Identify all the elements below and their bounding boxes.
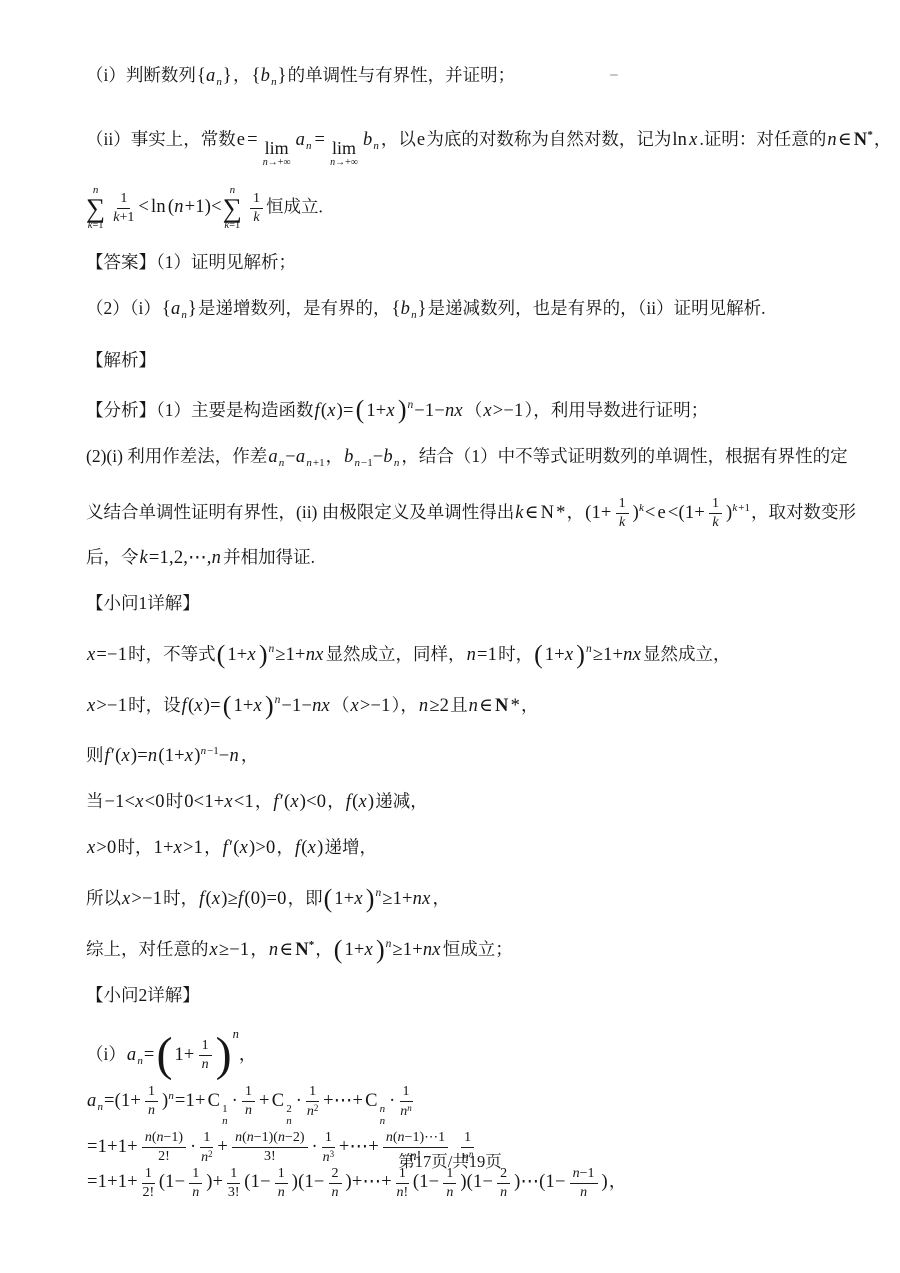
- math-run: an=: [127, 1045, 155, 1065]
- text-run: 并相加得证.: [223, 547, 315, 567]
- math-run: k∈: [515, 503, 538, 523]
- math-run: <(1+: [668, 503, 705, 523]
- text-run: ，: [276, 837, 294, 857]
- text-run: ，: [326, 446, 344, 466]
- text-run: 且: [450, 695, 468, 715]
- math-run: {bn}: [252, 66, 287, 86]
- math-run: f(x)=: [182, 696, 221, 716]
- math-run: an: [296, 130, 313, 150]
- doc-line-3: n∑k=11k+1<ln(n+1)<n∑k=11k恒成立.: [86, 185, 861, 232]
- text-run: 显然成立，同样，: [326, 644, 466, 664]
- math-run: (n+1)<: [168, 197, 222, 217]
- text-run: 恒成立；: [443, 939, 513, 959]
- math-run: −1−nx: [281, 696, 331, 716]
- math-run: an=(1+: [87, 1091, 141, 1111]
- text-run: ，: [204, 837, 222, 857]
- math-bold: N*: [854, 130, 873, 150]
- math-roman: ln: [672, 130, 687, 150]
- text-run: ，取对数变形: [751, 502, 856, 522]
- math-run: 1+x: [227, 645, 257, 665]
- math-run: f(x)≥f(0)=0: [199, 889, 286, 909]
- math-run: (1−: [159, 1172, 185, 1192]
- text-run: 所以: [86, 888, 121, 908]
- fraction: 1k+1: [113, 191, 134, 225]
- text-run: ，: [315, 939, 333, 959]
- math-run: ·: [232, 1091, 238, 1111]
- doc-line-13: x>−1时，设f(x)=(1+x)n−1−nx（x>−1），n≥2且n∈N*，: [86, 685, 861, 721]
- doc-line-19: 【小问2详解】: [86, 980, 861, 1010]
- text-run: ，: [327, 791, 345, 811]
- math-run: x>−1: [87, 696, 127, 716]
- math-run: f(x)=: [315, 401, 354, 421]
- math-run: f′(x)>0: [223, 838, 276, 858]
- text-run: 【解析】: [86, 350, 156, 370]
- text-run: ，即: [288, 888, 323, 908]
- text-run: 则: [86, 745, 104, 765]
- summation: n∑k=1: [86, 185, 105, 232]
- doc-line-2: （ii）事实上，常数e=limn→+∞an=limn→+∞bn，以e为底的对数称…: [86, 120, 861, 168]
- fraction: 1nn: [400, 1084, 413, 1119]
- math-run: ·: [389, 1091, 395, 1111]
- text-run: 【小问2详解】: [86, 985, 200, 1005]
- math-run: 1+x: [233, 696, 263, 716]
- doc-line-21: an=(1+1n)n=1+C1n·1n+C2n·1n2+⋯+Cnn·1nn: [86, 1081, 861, 1127]
- math-run: x: [689, 130, 698, 150]
- doc-line-7: 【分析】（1）主要是构造函数f(x)=(1+x)n−1−nx（x>−1），利用导…: [86, 390, 861, 426]
- math-run: x>−1: [483, 401, 523, 421]
- math-run: n∈: [469, 696, 493, 716]
- math-run: *: [556, 503, 565, 523]
- text-run: 义结合单调性证明有界性，(ii) 由极限定义及单调性得出: [86, 502, 514, 522]
- doc-line-18: 综上，对任意的x≥−1，n∈N*，(1+x)n≥1+nx恒成立；: [86, 929, 861, 965]
- math-run: f(x): [346, 792, 375, 812]
- math-run: 1+: [174, 1045, 194, 1065]
- math-roman: e: [657, 503, 665, 523]
- math-run: −1<x<0: [105, 792, 165, 812]
- math-roman: C: [208, 1091, 221, 1111]
- text-run: ，: [609, 1171, 627, 1191]
- text-run: 【小问1详解】: [86, 593, 200, 613]
- fraction: 1n2: [306, 1084, 319, 1119]
- doc-line-8: (2)(i) 利用作差法，作差an−an+1，bn−1−bn，结合（1）中不等式…: [86, 441, 861, 478]
- math-roman: C: [272, 1091, 285, 1111]
- limit: limn→+∞: [263, 141, 291, 168]
- text-run: 是递减数列，也是有界的，（ii）证明见解析.: [428, 298, 766, 318]
- text-run: ，: [241, 745, 259, 765]
- doc-line-12: x=−1时，不等式(1+x)n≥1+nx显然成立，同样，n=1时，(1+x)n≥…: [86, 634, 861, 670]
- math-run: 1+x: [334, 889, 364, 909]
- text-run: 综上，对任意的: [86, 939, 209, 959]
- text-run: ，: [250, 939, 268, 959]
- exponent: n: [233, 1027, 239, 1041]
- doc-line-6: 【解析】: [86, 345, 861, 375]
- binomial-scripts: 2n: [286, 1103, 292, 1127]
- binomial-scripts: nn: [380, 1103, 386, 1127]
- text-run: ，结合（1）中不等式证明数列的单调性，根据有界性的定: [401, 446, 847, 466]
- doc-line-17: 所以x>−1时，f(x)≥f(0)=0，即(1+x)n≥1+nx，: [86, 878, 861, 914]
- math-run: 0<1+x<1: [184, 792, 254, 812]
- math-run: n∈: [827, 130, 851, 150]
- text-run: (2)(i) 利用作差法，作差: [86, 446, 267, 466]
- exponent: n: [275, 694, 281, 706]
- math-run: {an}: [162, 299, 197, 319]
- math-run: n≥2: [419, 696, 449, 716]
- text-run: 时，设: [128, 695, 181, 715]
- math-run: {an}: [197, 66, 232, 86]
- math-run: ≥1+nx: [382, 889, 431, 909]
- math-run: <: [138, 197, 149, 217]
- text-run: ，: [874, 129, 892, 149]
- math-run: )k+1: [726, 503, 750, 523]
- doc-line-1: （i）判断数列{an}，{bn}的单调性与有界性，并证明；: [86, 60, 861, 97]
- math-run: an−an+1: [268, 447, 324, 467]
- binomial-scripts: 1n: [222, 1103, 228, 1127]
- text-run: 【答案】（1）证明见解析；: [86, 252, 296, 272]
- text-run: ，: [255, 791, 273, 811]
- text-run: 显然成立，: [643, 644, 731, 664]
- math-roman: ln: [151, 197, 166, 217]
- text-run: （i）: [86, 1044, 126, 1064]
- math-run: bn: [363, 130, 380, 150]
- math-run: −1−nx: [414, 401, 464, 421]
- math-run: {bn}: [392, 299, 427, 319]
- text-run: ），: [392, 695, 418, 715]
- document-page: （i）判断数列{an}，{bn}的单调性与有界性，并证明；（ii）事实上，常数e…: [0, 0, 900, 1273]
- text-run: 时，: [163, 888, 198, 908]
- text-run: 是递增数列，是有界的，: [198, 298, 391, 318]
- exponent: n: [386, 938, 392, 950]
- math-run: 1+x: [366, 401, 396, 421]
- math-run: +: [259, 1091, 270, 1111]
- math-roman: N: [541, 503, 555, 523]
- text-run: （i）判断数列: [86, 65, 196, 85]
- math-bold: N*: [295, 940, 314, 960]
- doc-line-5: （2）（i）{an}是递增数列，是有界的，{bn}是递减数列，也是有界的，（ii…: [86, 293, 861, 330]
- math-run: )(1−: [460, 1172, 493, 1192]
- doc-line-15: 当−1<x<0时0<1+x<1，f′(x)<0，f(x)递减，: [86, 786, 861, 817]
- text-run: ，: [233, 65, 251, 85]
- text-run: ，: [239, 1044, 257, 1064]
- document-content: （i）判断数列{an}，{bn}的单调性与有界性，并证明；（ii）事实上，常数e…: [86, 60, 861, 1201]
- text-run: （2）（i）: [86, 298, 161, 318]
- math-run: 1+x: [344, 940, 374, 960]
- math-run: x=−1: [87, 645, 127, 665]
- doc-line-11: 【小问1详解】: [86, 588, 861, 618]
- page-footer: 第17页/共19页: [0, 1148, 900, 1172]
- text-run: （ii）事实上，常数: [86, 129, 236, 149]
- math-run: )⋯(1−: [514, 1172, 566, 1192]
- fraction: 1k: [250, 191, 263, 225]
- math-run: 1+x>1: [154, 838, 204, 858]
- text-run: 时，不等式: [128, 644, 216, 664]
- math-run: =: [315, 130, 326, 150]
- doc-line-20: （i）an=(1+1n)n，: [86, 1019, 861, 1076]
- math-run: ≥1+nx: [275, 645, 324, 665]
- summation: n∑k=1: [223, 185, 242, 232]
- math-run: =1+1+: [87, 1172, 138, 1192]
- text-run: 时: [166, 791, 184, 811]
- math-run: x>−1: [350, 696, 390, 716]
- fraction: 1n: [199, 1038, 212, 1072]
- exponent: n: [375, 887, 381, 899]
- text-run: 后，令: [86, 547, 139, 567]
- math-run: )+: [206, 1172, 223, 1192]
- doc-line-4: 【答案】（1）证明见解析；: [86, 247, 861, 277]
- text-run: ），利用导数进行证明；: [524, 400, 708, 420]
- text-run: 恒成立.: [266, 196, 323, 216]
- math-run: 1+x: [545, 645, 575, 665]
- math-run: x≥−1: [210, 940, 250, 960]
- page-number-text: 第17页/共19页: [398, 1152, 502, 1171]
- text-run: .证明：对任意的: [700, 129, 827, 149]
- math-run: k=1,2,⋯,n: [140, 548, 223, 568]
- text-run: 时，: [498, 644, 533, 664]
- math-roman: e: [237, 130, 245, 150]
- doc-line-9: 义结合单调性证明有界性，(ii) 由极限定义及单调性得出k∈N*，(1+1k)k…: [86, 493, 861, 531]
- text-run: ，: [521, 695, 539, 715]
- math-run: n∈: [269, 940, 293, 960]
- doc-line-16: x>0时，1+x>1，f′(x)>0，f(x)递增，: [86, 832, 861, 863]
- math-run: ): [602, 1172, 608, 1192]
- math-run: x>−1: [122, 889, 162, 909]
- math-roman: C: [365, 1091, 378, 1111]
- exponent: n: [586, 643, 592, 655]
- text-run: 当: [86, 791, 104, 811]
- fraction: 1n: [242, 1084, 255, 1118]
- math-run: (1−: [244, 1172, 270, 1192]
- fraction: 1k: [616, 496, 629, 530]
- math-run: ≥1+nx: [392, 940, 441, 960]
- text-run: 时，: [118, 837, 153, 857]
- math-run: x>0: [87, 838, 117, 858]
- math-bold: N: [495, 696, 509, 716]
- text-run: 递减，: [375, 791, 428, 811]
- math-run: )k<: [633, 503, 656, 523]
- text-run: 【分析】（1）主要是构造函数: [86, 400, 314, 420]
- math-run: n=1: [467, 645, 498, 665]
- math-run: (1−: [413, 1172, 439, 1192]
- text-run: （: [465, 400, 483, 420]
- doc-line-14: 则f′(x)=n(1+x)n−1−n，: [86, 736, 861, 771]
- text-run: ，以: [381, 129, 416, 149]
- fraction: 1k: [709, 496, 722, 530]
- text-run: ，: [567, 502, 585, 522]
- math-run: f′(x)<0: [273, 792, 326, 812]
- math-run: =: [247, 130, 258, 150]
- math-run: +⋯+: [323, 1091, 363, 1111]
- math-run: bn−1−bn: [344, 447, 400, 467]
- math-run: ·: [296, 1091, 302, 1111]
- math-roman: e: [417, 130, 425, 150]
- math-run: ≥1+nx: [593, 645, 642, 665]
- text-run: ，: [433, 888, 451, 908]
- math-run: )+⋯+: [346, 1172, 392, 1192]
- doc-line-10: 后，令k=1,2,⋯,n并相加得证.: [86, 542, 861, 573]
- text-run: （: [332, 695, 350, 715]
- text-run: 的单调性与有界性，并证明；: [288, 65, 516, 85]
- math-run: f′(x)=n(1+x)n−1−n: [105, 746, 240, 766]
- math-run: )(1−: [292, 1172, 325, 1192]
- text-run: 为底的对数称为自然对数，记为: [426, 129, 671, 149]
- math-run: *: [511, 696, 520, 716]
- fraction: 1n: [145, 1084, 158, 1118]
- math-run: (1+: [585, 503, 611, 523]
- text-run: 递增，: [324, 837, 377, 857]
- limit: limn→+∞: [330, 141, 358, 168]
- math-run: )n=1+: [162, 1091, 206, 1111]
- exponent: n: [269, 643, 275, 655]
- exponent: n: [408, 399, 414, 411]
- math-run: f(x): [295, 838, 324, 858]
